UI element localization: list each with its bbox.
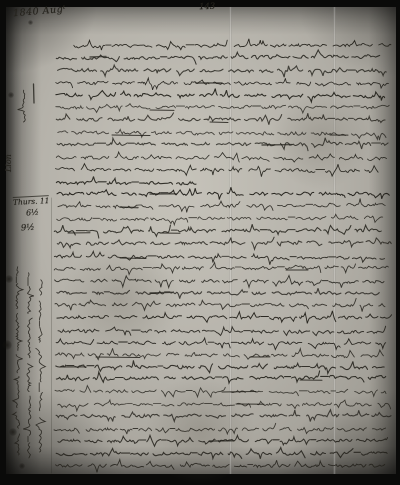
handwriting-stroke <box>74 39 391 50</box>
handwriting-stroke <box>56 371 385 383</box>
handwriting-stroke <box>56 177 196 185</box>
handwriting-stroke <box>57 237 391 249</box>
handwriting-stroke <box>222 391 256 392</box>
handwriting-stroke <box>56 152 386 162</box>
margin-vertical-writing <box>36 280 46 452</box>
handwriting-stroke <box>120 207 138 208</box>
handwriting-stroke <box>55 348 383 359</box>
margin-vertical-note: Lion <box>4 154 13 172</box>
handwriting-stroke <box>36 280 46 452</box>
handwriting-stroke <box>96 357 140 358</box>
handwriting-stroke <box>23 273 34 458</box>
margin-vertical-writing <box>18 90 26 122</box>
margin-time-note-2: 9½ <box>21 223 35 234</box>
handwriting-stroke <box>58 400 391 411</box>
handwriting-stroke <box>34 84 35 103</box>
handwriting-stroke <box>54 423 386 434</box>
margin-entry-day: Thurs. 11 <box>13 195 50 207</box>
handwriting-stroke <box>54 251 384 264</box>
handwriting-stroke <box>18 90 26 122</box>
handwriting-stroke <box>58 199 385 213</box>
handwriting-stroke <box>56 360 384 373</box>
handwriting-ink <box>0 0 400 485</box>
handwriting-stroke <box>56 78 389 90</box>
margin-vertical-writing <box>13 267 23 455</box>
margin-vertical-writing <box>23 273 34 458</box>
handwriting-stroke <box>57 214 383 225</box>
handwriting-stroke <box>56 460 385 473</box>
handwriting-stroke <box>13 267 23 455</box>
handwriting-stroke <box>56 104 389 113</box>
handwriting-stroke <box>56 338 386 349</box>
handwriting-stroke <box>57 187 389 199</box>
handwriting-stroke <box>56 448 387 459</box>
handwriting-stroke <box>55 276 384 288</box>
handwriting-stroke <box>58 326 386 335</box>
margin-time-note-1: 6½ <box>26 208 39 218</box>
handwriting-stroke <box>55 386 386 397</box>
handwriting-stroke <box>54 224 381 238</box>
page-number: 143 <box>199 2 216 13</box>
handwriting-stroke <box>56 113 385 125</box>
handwriting-stroke <box>150 292 172 293</box>
handwriting-stroke <box>56 410 391 422</box>
manuscript-photo: 1840 Augᵗ 143 Thurs. 11 6½ 9½ Lion <box>0 0 400 485</box>
handwriting-stroke <box>57 311 392 324</box>
handwriting-stroke <box>56 89 385 102</box>
handwriting-stroke <box>56 164 379 177</box>
handwriting-stroke <box>90 56 106 57</box>
handwriting-stroke <box>57 138 388 151</box>
handwriting-stroke <box>55 299 385 312</box>
handwriting-stroke <box>58 65 387 77</box>
handwriting-stroke <box>57 288 379 298</box>
handwriting-stroke <box>54 263 388 275</box>
